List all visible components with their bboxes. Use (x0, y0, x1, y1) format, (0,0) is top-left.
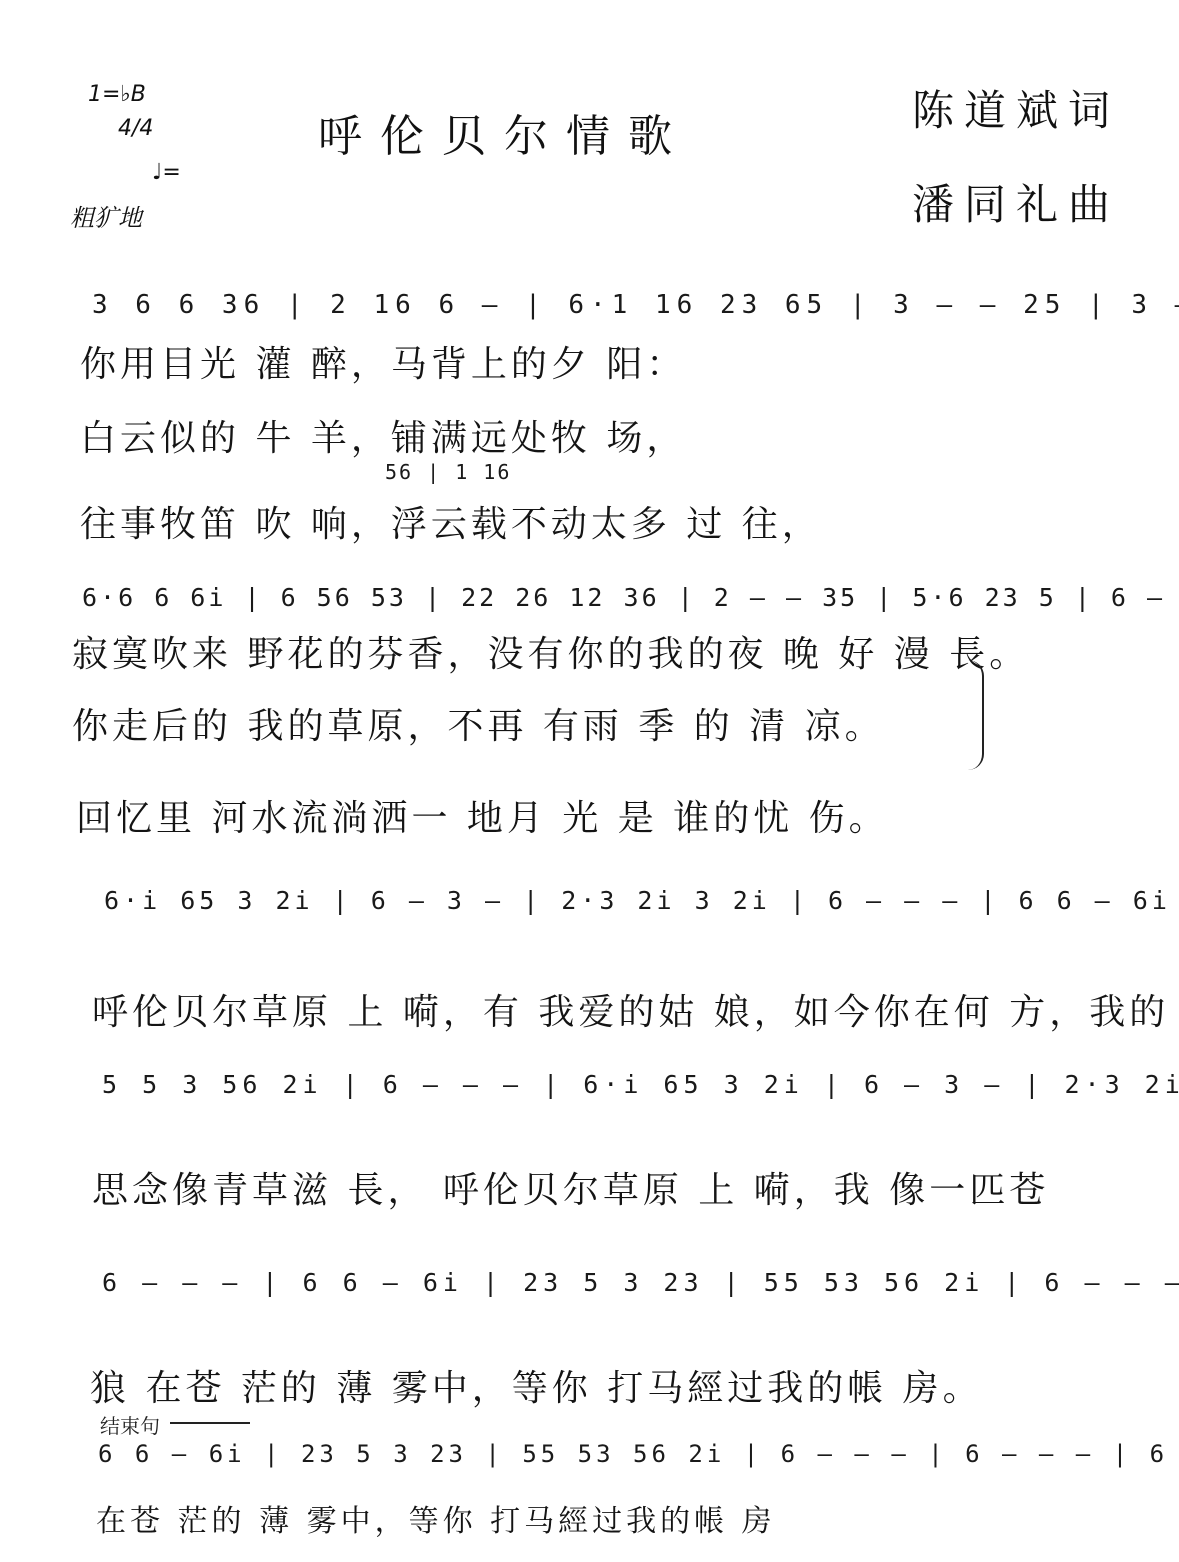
composer-credit: 潘同礼曲 (912, 172, 1120, 232)
notation-line: 6 6 – 6i | 23 5 3 23 | 55 53 56 2i | 6 –… (98, 1440, 1179, 1468)
notation-line: 6·6 6 6i | 6 56 53 | 22 26 12 36 | 2 – –… (82, 583, 1179, 612)
notation-line: 6 – – – | 6 6 – 6i | 23 5 3 23 | 55 53 5… (102, 1268, 1179, 1297)
expression-mark: 粗犷地 (70, 198, 142, 233)
variant-notation: 56 | 1 16 (385, 460, 511, 484)
notation-line: 3 6 6 36 | 2 16 6 – | 6·1 16 23 65 | 3 –… (92, 290, 1179, 320)
lyric-line: 呼伦贝尔草原 上 嗬，有 我爱的姑 娘，如今你在何 方，我的 (92, 984, 1169, 1035)
lyric-line: 你用目光 灌 醉，马背上的夕 阳： (80, 336, 686, 387)
notation-line: 5 5 3 56 2i | 6 – – – | 6·i 65 3 2i | 6 … (102, 1070, 1179, 1099)
lyric-line: 寂寞吹来 野花的芬香，没有你的我的夜 晚 好 漫 長。 (72, 626, 1029, 677)
ending-bracket (170, 1422, 250, 1424)
lyric-line: 思念像青草滋 長， 呼伦贝尔草原 上 嗬，我 像一匹苍 (92, 1162, 1049, 1213)
notation-line: 6·i 65 3 2i | 6 – 3 – | 2·3 2i 3 2i | 6 … (104, 886, 1179, 915)
lyric-line: 你走后的 我的草原，不再 有雨 季 的 清 凉。 (72, 698, 885, 749)
lyric-line: 回忆里 河水流淌洒一 地月 光 是 谁的忧 伤。 (76, 790, 889, 841)
key-signature: 1=♭B (88, 82, 146, 107)
verse-brace (968, 660, 984, 770)
lyric-line: 白云似的 牛 羊，铺满远处牧 场， (80, 410, 686, 461)
lyric-line: 狼 在苍 茫的 薄 雾中，等你 打马經过我的帳 房。 (90, 1360, 983, 1411)
lyric-line: 在苍 茫的 薄 雾中，等你 打马經过我的帳 房 (96, 1496, 776, 1540)
lyric-line: 往事牧笛 吹 响，浮云载不动太多 过 往， (80, 496, 822, 547)
lyricist-credit: 陈道斌词 (912, 78, 1120, 138)
time-signature: 4/4 (118, 116, 153, 141)
tempo-mark: ♩= (152, 160, 181, 185)
ending-label: 结束句 (100, 1410, 160, 1439)
song-title: 呼伦贝尔情歌 (318, 100, 690, 164)
